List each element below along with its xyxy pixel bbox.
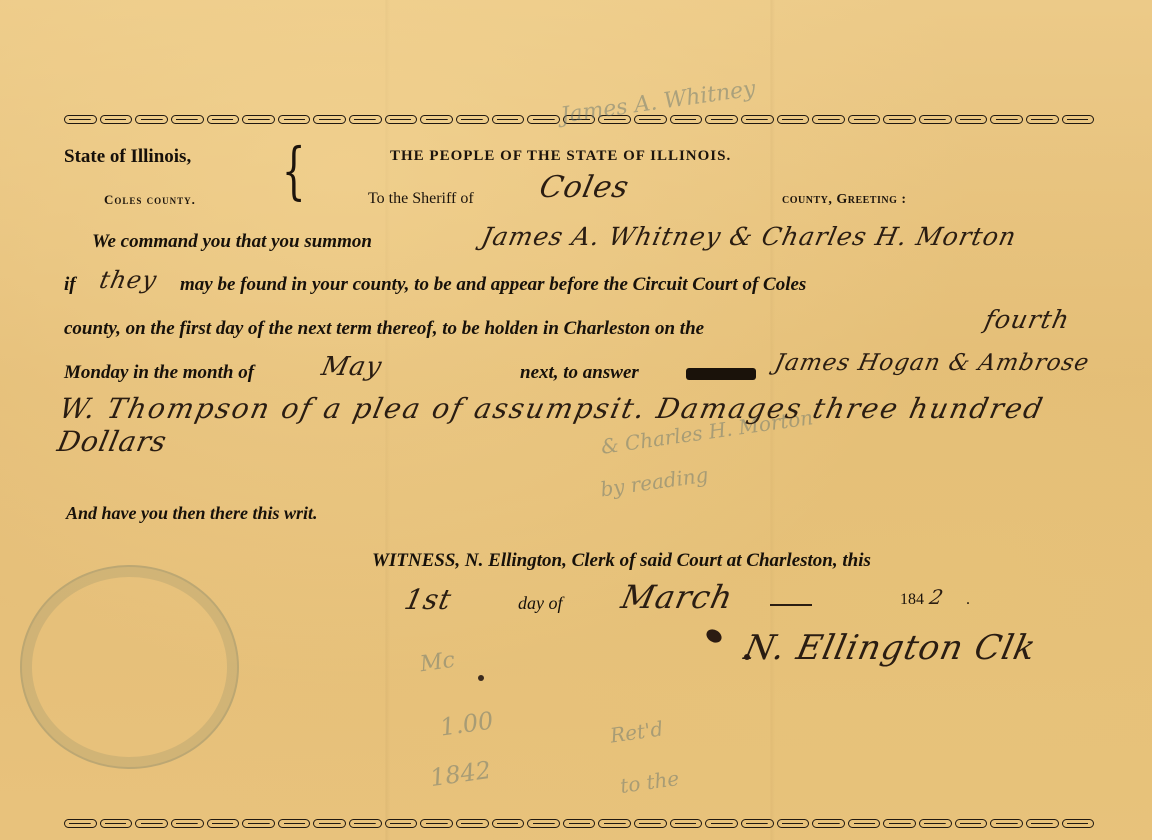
answer-text: next, to answer <box>520 362 639 384</box>
ink-blot <box>744 654 750 660</box>
clerk-signature: N. Ellington Clk <box>741 628 1040 668</box>
bleed-through-text: by reading <box>599 463 710 502</box>
term-text: county, on the first day of the next ter… <box>64 318 704 340</box>
month-text: Monday in the month of <box>64 362 254 384</box>
bleed-through-text: Mc <box>418 648 456 678</box>
week-handwritten: fourth <box>982 305 1073 334</box>
bleed-through-text: Ret'd <box>609 716 665 747</box>
bleed-through-text: 1842 <box>428 756 492 792</box>
state-heading: State of Illinois, <box>64 146 191 168</box>
witness-text: WITNESS, N. Ellington, Clerk of said Cou… <box>372 550 871 572</box>
plea-handwritten: W. Thompson of a plea of assumpsit. Dama… <box>56 392 1047 425</box>
court-seal-emboss <box>20 565 239 769</box>
pronoun-handwritten: they <box>97 266 160 294</box>
ink-blot <box>478 675 484 681</box>
sheriff-prefix: To the Sheriff of <box>368 190 474 208</box>
county-heading: Coles county. <box>104 192 196 208</box>
month-handwritten: May <box>319 352 385 382</box>
struck-out-word <box>686 368 756 380</box>
greeting: county, Greeting : <box>782 192 907 208</box>
day-of-text: day of <box>518 593 563 614</box>
command-text: We command you that you summon <box>92 231 372 253</box>
defendants-handwritten: James A. Whitney & Charles H. Morton <box>479 222 1019 251</box>
ink-blot <box>704 627 724 645</box>
year-handwritten: 2 <box>927 585 946 609</box>
people-heading: THE PEOPLE OF THE STATE OF ILLINOIS. <box>390 148 731 165</box>
brace-icon: { <box>282 140 306 202</box>
day-handwritten: 1st <box>401 583 454 616</box>
if-text: if <box>64 274 76 296</box>
month-written: March <box>618 578 737 616</box>
year-dot: . <box>966 591 970 609</box>
plaintiffs-handwritten: James Hogan & Ambrose <box>772 350 1092 376</box>
writ-text: And have you then there this writ. <box>66 503 318 524</box>
appear-text: may be found in your county, to be and a… <box>180 274 806 296</box>
bleed-through-text: to the <box>619 766 681 798</box>
bottom-ornamental-rule <box>64 819 1094 829</box>
sheriff-county-handwritten: Coles <box>536 170 632 205</box>
dollars-handwritten: Dollars <box>54 425 170 458</box>
dash-stroke <box>770 604 812 606</box>
bleed-through-text: 1.00 <box>438 706 495 741</box>
year-printed: 184 <box>900 591 924 609</box>
